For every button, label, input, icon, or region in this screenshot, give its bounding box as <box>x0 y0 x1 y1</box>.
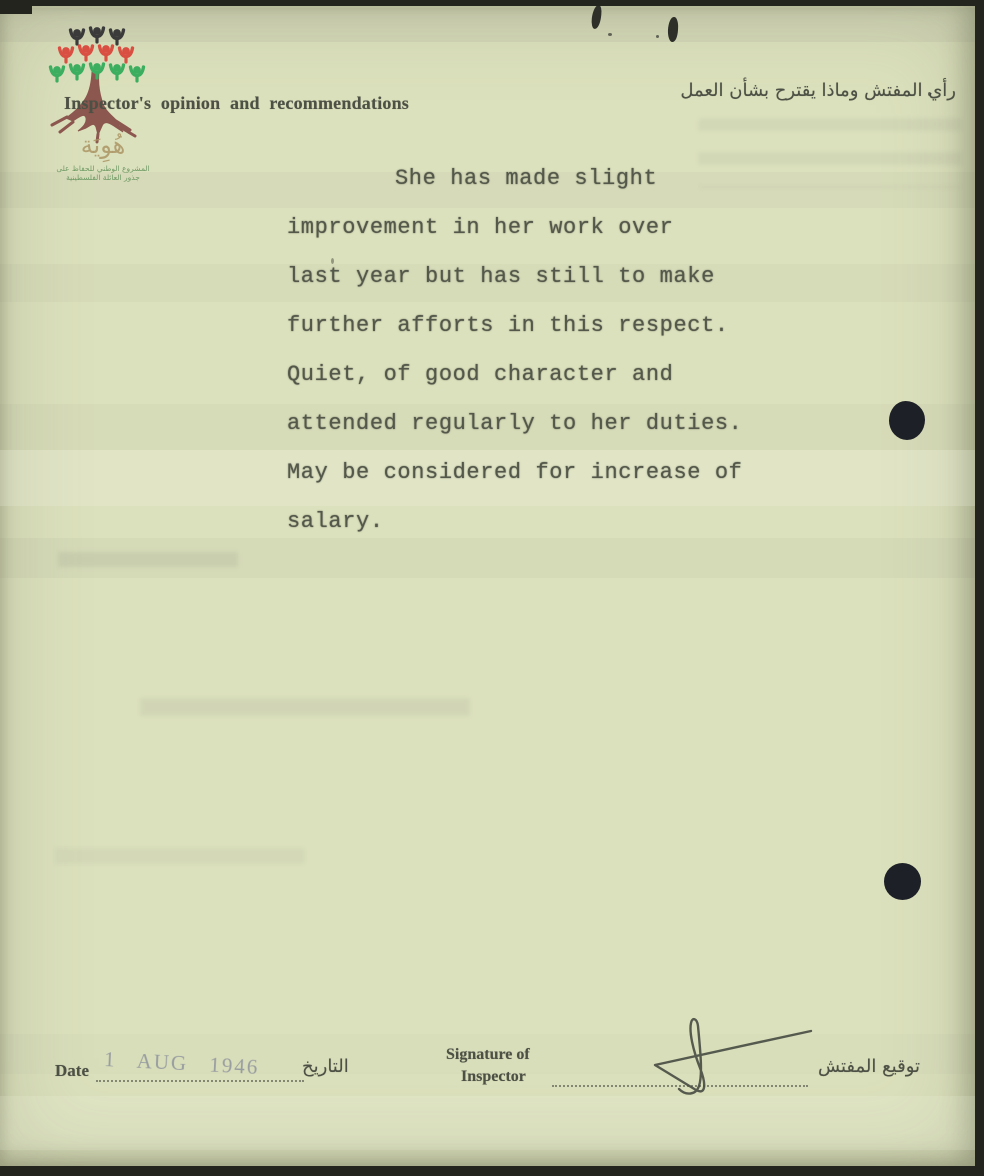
bleed-through-smudge <box>140 698 470 716</box>
scan-band <box>0 1096 975 1150</box>
date-label-english: Date <box>55 1061 89 1081</box>
logo-wordmark: هُوِيَة <box>58 132 148 158</box>
remark-line: Quiet, of good character and <box>287 362 673 387</box>
hole-punch-mark <box>889 401 925 440</box>
signature-label-line2: Inspector <box>461 1068 526 1086</box>
scan-edge-bottom <box>0 1166 984 1176</box>
remark-line: She has made slight <box>287 166 657 191</box>
date-label-arabic: التاريخ <box>302 1056 349 1077</box>
logo-tagline: المشروع الوطني للحفاظ على جذور العائلة ا… <box>38 164 168 182</box>
remark-line: May be considered for increase of <box>287 460 742 485</box>
bleed-through-smudge <box>58 552 238 567</box>
hole-punch-mark <box>884 863 921 900</box>
remark-line: attended regularly to her duties. <box>287 411 742 436</box>
form-title-arabic: رأي المفتش وماذا يقترح بشأن العمل <box>600 80 956 101</box>
remark-line: improvement in her work over <box>287 215 673 240</box>
scan-edge-top <box>0 0 984 6</box>
inspector-signature-scribble <box>628 1016 818 1100</box>
logo-tagline-line1: المشروع الوطني للحفاظ على <box>38 164 168 173</box>
remark-line: last year but has still to make <box>287 264 715 289</box>
bleed-through-smudge <box>55 848 305 864</box>
remark-line: salary. <box>287 509 384 534</box>
family-tree-logo-icon <box>40 26 166 146</box>
signature-label-line1: Signature of <box>446 1046 530 1064</box>
scan-edge-right <box>975 0 984 1176</box>
scan-edge-corner <box>0 0 32 14</box>
logo-tagline-line2: جذور العائلة الفلسطينية <box>38 173 168 182</box>
bleed-through-smudge <box>698 118 962 188</box>
remark-line: further afforts in this respect. <box>287 313 729 338</box>
scanned-document: هُوِيَة المشروع الوطني للحفاظ على جذور ا… <box>0 0 984 1176</box>
scan-band <box>0 538 975 578</box>
form-title-english: Inspector's opinion and recommendations <box>64 93 409 114</box>
signature-label-arabic: توقيع المفتش <box>818 1056 920 1077</box>
